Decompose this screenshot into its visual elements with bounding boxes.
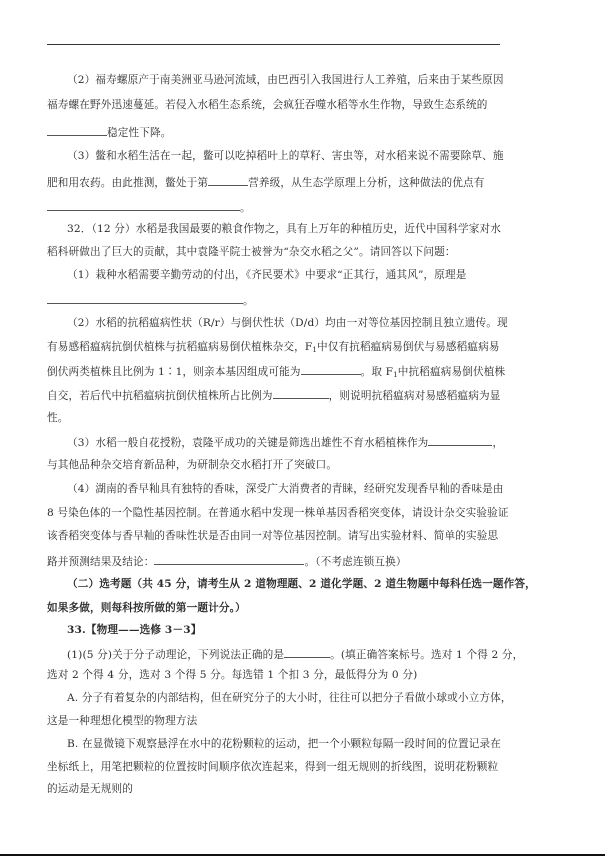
q32-part4-line2: 8 号染色体的一个隐性基因控制。在普通水稻中发现一株单基因香稻突变体，请设计杂交…: [47, 506, 503, 520]
answer-blank[interactable]: [273, 387, 329, 399]
answer-blank[interactable]: [47, 292, 243, 304]
answer-blank[interactable]: [47, 124, 107, 136]
q32-intro-line2: 稻科研做出了巨大的贡献，其中袁隆平院士被誉为“杂交水稻之父”。请回答以下问题：: [47, 245, 503, 259]
q32-part4-line4: 路并预测结果及结论：。（不考虑连锁互换）: [47, 553, 503, 569]
q32-part2-line2: 有易感稻瘟病抗倒伏植株与抗稻瘟病易倒伏植株杂交，F1中仅有抗稻瘟病易倒伏与易感稻…: [47, 340, 503, 354]
q31-part3-line2: 肥和用农药。由此推测，鳖处于第营养级，从生态学原理上分析，这种做法的优点有: [47, 174, 503, 190]
answer-blank[interactable]: [428, 434, 492, 446]
q32-intro-line1: 32．（12 分）水稻是我国最要的粮食作物之，具有上万年的种植历史，近代中国科学…: [67, 222, 503, 236]
answer-blank[interactable]: [301, 363, 361, 375]
q31-part3-line3: 。: [47, 199, 503, 215]
elective-instructions-line2: 如果多做，则每科按所做的第一题计分。）: [47, 601, 503, 615]
q31-part2-line2: 福寿螺在野外迅速蔓延。若侵入水稻生态系统，会疯狂吞噬水稻等水生作物，导致生态系统…: [47, 98, 503, 112]
answer-blank[interactable]: [47, 199, 240, 211]
q31-part2-line3: 稳定性下降。: [47, 124, 503, 140]
q33-option-b-line3: 的运动是无规则的: [47, 782, 503, 796]
q32-part2-line3: 倒伏两类植株且比例为 1∶1，则亲本基因组成可能为。取 F1中抗稻瘟病易倒伏植株: [47, 363, 503, 379]
q32-part2-line5: 性。: [47, 411, 503, 425]
q33-title: 33.【物理——选修 3－3】: [67, 623, 503, 637]
q33-option-a-line2: 这是一种理想化模型的物理方法: [47, 714, 503, 728]
q31-part3-line1: （3）鳖和水稻生活在一起，鳖可以吃掉稻叶上的草籽、害虫等，对水稻来说不需要除草、…: [67, 149, 503, 163]
q32-part2-line4: 自交，若后代中抗稻瘟病抗倒伏植株所占比例为，则说明抗稻瘟病对易感稻瘟病为显: [47, 387, 503, 403]
q33-part1-line2: 选对 2 个得 4 分，选对 3 个得 5 分。每选错 1 个扣 3 分，最低得…: [47, 668, 503, 682]
answer-blank[interactable]: [208, 174, 248, 186]
q33-option-b-line2: 坐标纸上，用笔把颗粒的位置按时间顺序依次连起来，得到一组无规则的折线图，说明花粉…: [47, 760, 503, 774]
answer-blank[interactable]: [284, 646, 330, 658]
q33-option-a-line1: A. 分子有着复杂的内部结构，但在研究分子的大小时，往往可以把分子看做小球或小立…: [67, 691, 503, 705]
q32-part1-line1: （1）栽种水稻需要辛勤劳动的付出，《齐民要术》中要求“正其行，通其风”，原理是: [67, 268, 503, 282]
q32-part3-line1: （3）水稻一般自花授粉，袁隆平成功的关键是筛选出雄性不育水稻植株作为，: [67, 434, 503, 450]
q32-part3-line2: 与其他品种杂交培育新品种，为研制杂交水稻打开了突破口。: [47, 458, 503, 472]
q33-part1-line1: (1)(5 分)关于分子动理论，下列说法正确的是。(填正确答案标号。选对 1 个…: [67, 646, 503, 662]
q33-option-b-line1: B. 在显微镜下观察悬浮在水中的花粉颗粒的运动，把一个小颗粒每隔一段时间的位置记…: [67, 737, 503, 751]
header-rule: [47, 44, 500, 45]
q32-part2-line1: （2）水稻的抗稻瘟病性状（R/r）与倒伏性状（D/d）均由一对等位基因控制且独立…: [67, 316, 503, 330]
elective-instructions-line1: （二）选考题（共 45 分，请考生从 2 道物理题、2 道化学题、2 道生物题中…: [67, 577, 503, 591]
q32-part4-line1: （4）湖南的香早籼具有独特的香味，深受广大消费者的青睐，经研究发现香早籼的香味是…: [67, 482, 503, 496]
q31-part2-line1: （2）福寿螺原产于南美洲亚马逊河流域，由巴西引入我国进行人工养殖，后来由于某些原…: [67, 73, 503, 87]
answer-blank[interactable]: [154, 553, 304, 565]
page-bottom-edge: [0, 854, 605, 856]
q32-part4-line3: 该香稻突变体与香早籼的香味性状是否由同一对等位基因控制。请写出实验材料、简单的实…: [47, 529, 503, 543]
q32-part1-line2: 。: [47, 292, 503, 308]
